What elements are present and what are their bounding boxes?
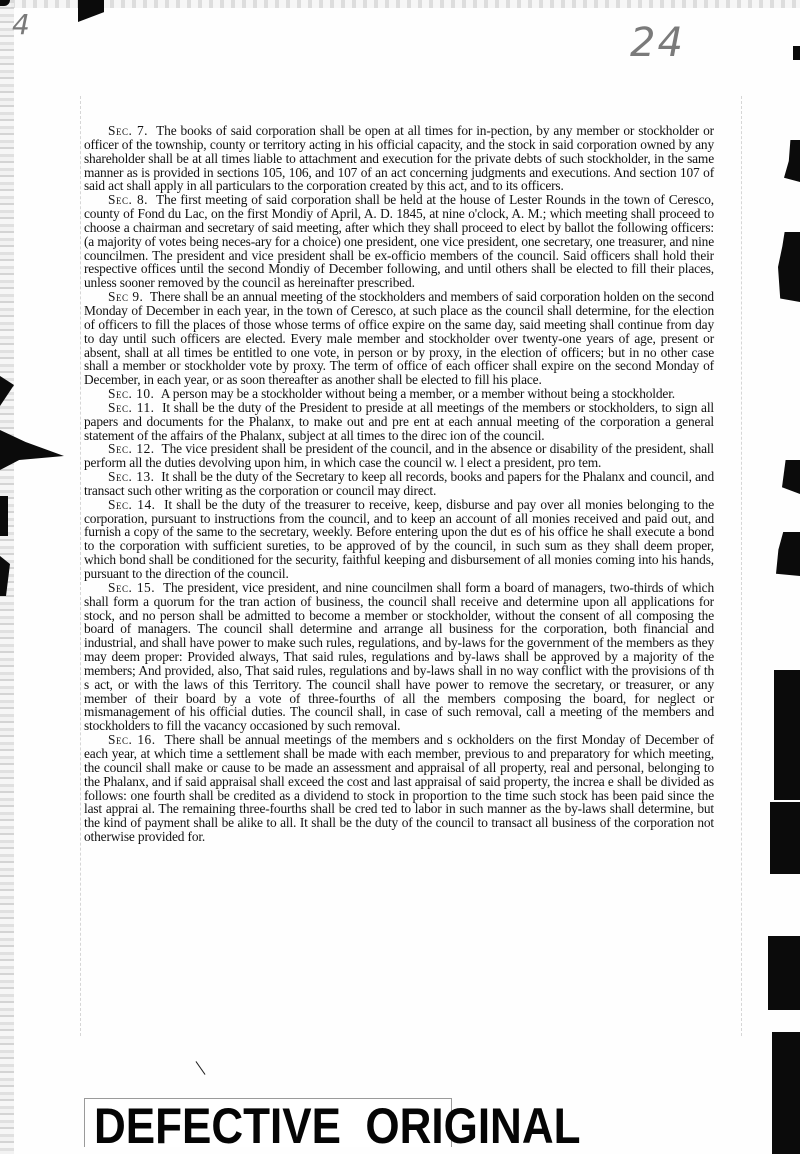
section-text: There shall be an annual meeting of the … bbox=[84, 289, 714, 387]
section-8: Sec. 8. The first meeting of said corpor… bbox=[84, 193, 714, 290]
document-body: Sec. 7. The books of said corporation sh… bbox=[84, 124, 714, 844]
handwritten-number-left: 4 bbox=[12, 8, 30, 41]
section-label: Sec. 7. bbox=[108, 123, 148, 138]
section-15: Sec. 15. The president, vice president, … bbox=[84, 581, 714, 733]
handwritten-page-number: 24 bbox=[630, 20, 685, 66]
edge-blot-right-3 bbox=[778, 232, 800, 302]
section-text: The books of said corporation shall be o… bbox=[84, 123, 714, 193]
edge-blot-right-1 bbox=[793, 46, 800, 60]
scanned-page: 4 24 Sec. 7. The books of said corporati… bbox=[0, 0, 800, 1154]
edge-blot-right-5 bbox=[776, 532, 800, 576]
section-7: Sec. 7. The books of said corporation sh… bbox=[84, 124, 714, 193]
section-text: The president, vice president, and nine … bbox=[84, 580, 714, 733]
section-label: Sec. 16. bbox=[108, 732, 156, 747]
defective-original-stamp: DEFECTIVE ORIGINAL bbox=[94, 1100, 580, 1152]
edge-blot-right-2 bbox=[784, 140, 800, 182]
edge-blot-left-2 bbox=[0, 430, 64, 470]
section-13: Sec. 13. It shall be the duty of the Sec… bbox=[84, 470, 714, 498]
edge-blot-right-7 bbox=[770, 802, 800, 874]
section-text: The vice president shall be president of… bbox=[84, 441, 714, 470]
section-label: Sec 9. bbox=[108, 289, 143, 304]
stray-pen-mark bbox=[196, 1061, 206, 1075]
edge-blot-right-4 bbox=[782, 460, 800, 494]
section-label: Sec. 12. bbox=[108, 441, 155, 456]
section-text: The first meeting of said corporation sh… bbox=[84, 192, 714, 290]
section-label: Sec. 11. bbox=[108, 400, 155, 415]
section-14: Sec. 14. It shall be the duty of the tre… bbox=[84, 498, 714, 581]
scan-edge-top bbox=[0, 0, 800, 8]
edge-blot-left-3 bbox=[0, 496, 8, 536]
edge-blot-right-9 bbox=[772, 1032, 800, 1154]
section-9: Sec 9. There shall be an annual meeting … bbox=[84, 290, 714, 387]
section-text: It shall be the duty of the President to… bbox=[84, 400, 714, 443]
ink-blot-top bbox=[78, 0, 104, 22]
section-label: Sec. 15. bbox=[108, 580, 155, 595]
section-text: There shall be annual meetings of the me… bbox=[84, 732, 714, 844]
section-text: It shall be the duty of the Secretary to… bbox=[84, 469, 714, 498]
section-label: Sec. 10. bbox=[108, 386, 154, 401]
edge-blot-right-6 bbox=[774, 670, 800, 800]
section-11: Sec. 11. It shall be the duty of the Pre… bbox=[84, 401, 714, 443]
section-label: Sec. 13. bbox=[108, 469, 155, 484]
section-label: Sec. 8. bbox=[108, 192, 148, 207]
edge-blot-right-8 bbox=[768, 936, 800, 1010]
section-text: It shall be the duty of the treasurer to… bbox=[84, 497, 714, 581]
section-16: Sec. 16. There shall be annual meetings … bbox=[84, 733, 714, 844]
section-12: Sec. 12. The vice president shall be pre… bbox=[84, 442, 714, 470]
section-text: A person may be a stockholder without be… bbox=[161, 386, 675, 401]
section-10: Sec. 10. A person may be a stockholder w… bbox=[84, 387, 714, 401]
section-label: Sec. 14. bbox=[108, 497, 155, 512]
